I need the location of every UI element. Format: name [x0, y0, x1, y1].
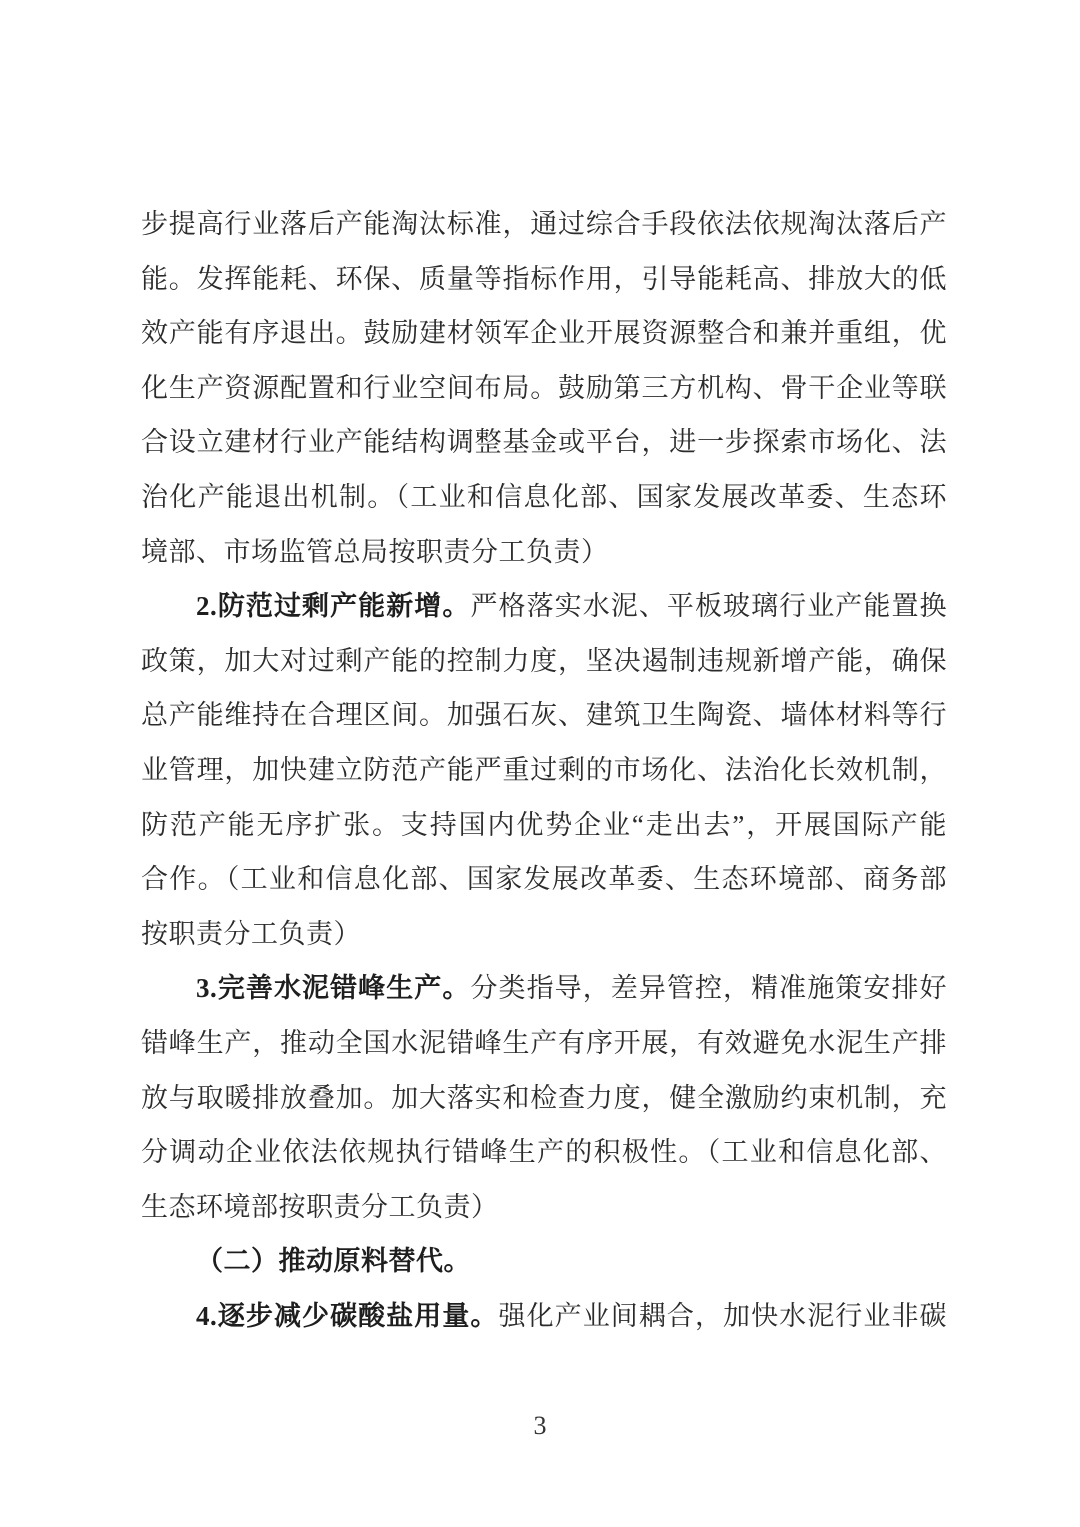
body-line: 治化产能退出机制。（工业和信息化部、国家发展改革委、生态环 — [141, 470, 947, 525]
page-number: 3 — [0, 1406, 1080, 1446]
body-line: 步提高行业落后产能淘汰标准，通过综合手段依法依规淘汰落后产 — [141, 197, 947, 252]
body-line-paragraph-end: 按职责分工负责） — [141, 907, 947, 962]
body-line: 合设立建材行业产能结构调整基金或平台，进一步探索市场化、法 — [141, 415, 947, 470]
body-line: 政策，加大对过剩产能的控制力度，坚决遏制违规新增产能，确保 — [141, 634, 947, 689]
numbered-paragraph-first-line: 2.防范过剩产能新增。严格落实水泥、平板玻璃行业产能置换 — [141, 579, 947, 634]
body-line-paragraph-end: 生态环境部按职责分工负责） — [141, 1180, 947, 1235]
body-text: 严格落实水泥、平板玻璃行业产能置换 — [470, 591, 947, 621]
numbered-paragraph-first-line: 4.逐步减少碳酸盐用量。强化产业间耦合，加快水泥行业非碳 — [141, 1289, 947, 1344]
body-text: 分类指导，差异管控，精准施策安排好 — [470, 973, 947, 1003]
body-line: 放与取暖排放叠加。加大落实和检查力度，健全激励约束机制，充 — [141, 1071, 947, 1126]
body-line: 总产能维持在合理区间。加强石灰、建筑卫生陶瓷、墙体材料等行 — [141, 688, 947, 743]
numbered-item-lead: 3.完善水泥错峰生产。 — [196, 973, 470, 1003]
section-heading: （二）推动原料替代。 — [141, 1234, 947, 1289]
body-line: 错峰生产，推动全国水泥错峰生产有序开展，有效避免水泥生产排 — [141, 1016, 947, 1071]
body-line: 合作。（工业和信息化部、国家发展改革委、生态环境部、商务部 — [141, 852, 947, 907]
document-body: 步提高行业落后产能淘汰标准，通过综合手段依法依规淘汰落后产 能。发挥能耗、环保、… — [141, 197, 947, 1343]
body-line: 化生产资源配置和行业空间布局。鼓励第三方机构、骨干企业等联 — [141, 361, 947, 416]
body-text: 强化产业间耦合，加快水泥行业非碳 — [499, 1301, 948, 1331]
document-page: 步提高行业落后产能淘汰标准，通过综合手段依法依规淘汰落后产 能。发挥能耗、环保、… — [0, 0, 1080, 1527]
body-line: 防范产能无序扩张。支持国内优势企业“走出去”，开展国际产能 — [141, 798, 947, 853]
numbered-item-lead: 2.防范过剩产能新增。 — [196, 591, 470, 621]
numbered-paragraph-first-line: 3.完善水泥错峰生产。分类指导，差异管控，精准施策安排好 — [141, 961, 947, 1016]
body-line: 能。发挥能耗、环保、质量等指标作用，引导能耗高、排放大的低 — [141, 252, 947, 307]
body-line: 业管理，加快建立防范产能严重过剩的市场化、法治化长效机制， — [141, 743, 947, 798]
body-line-paragraph-end: 境部、市场监管总局按职责分工负责） — [141, 525, 947, 580]
body-line: 分调动企业依法依规执行错峰生产的积极性。（工业和信息化部、 — [141, 1125, 947, 1180]
body-line: 效产能有序退出。鼓励建材领军企业开展资源整合和兼并重组，优 — [141, 306, 947, 361]
numbered-item-lead: 4.逐步减少碳酸盐用量。 — [196, 1301, 499, 1331]
